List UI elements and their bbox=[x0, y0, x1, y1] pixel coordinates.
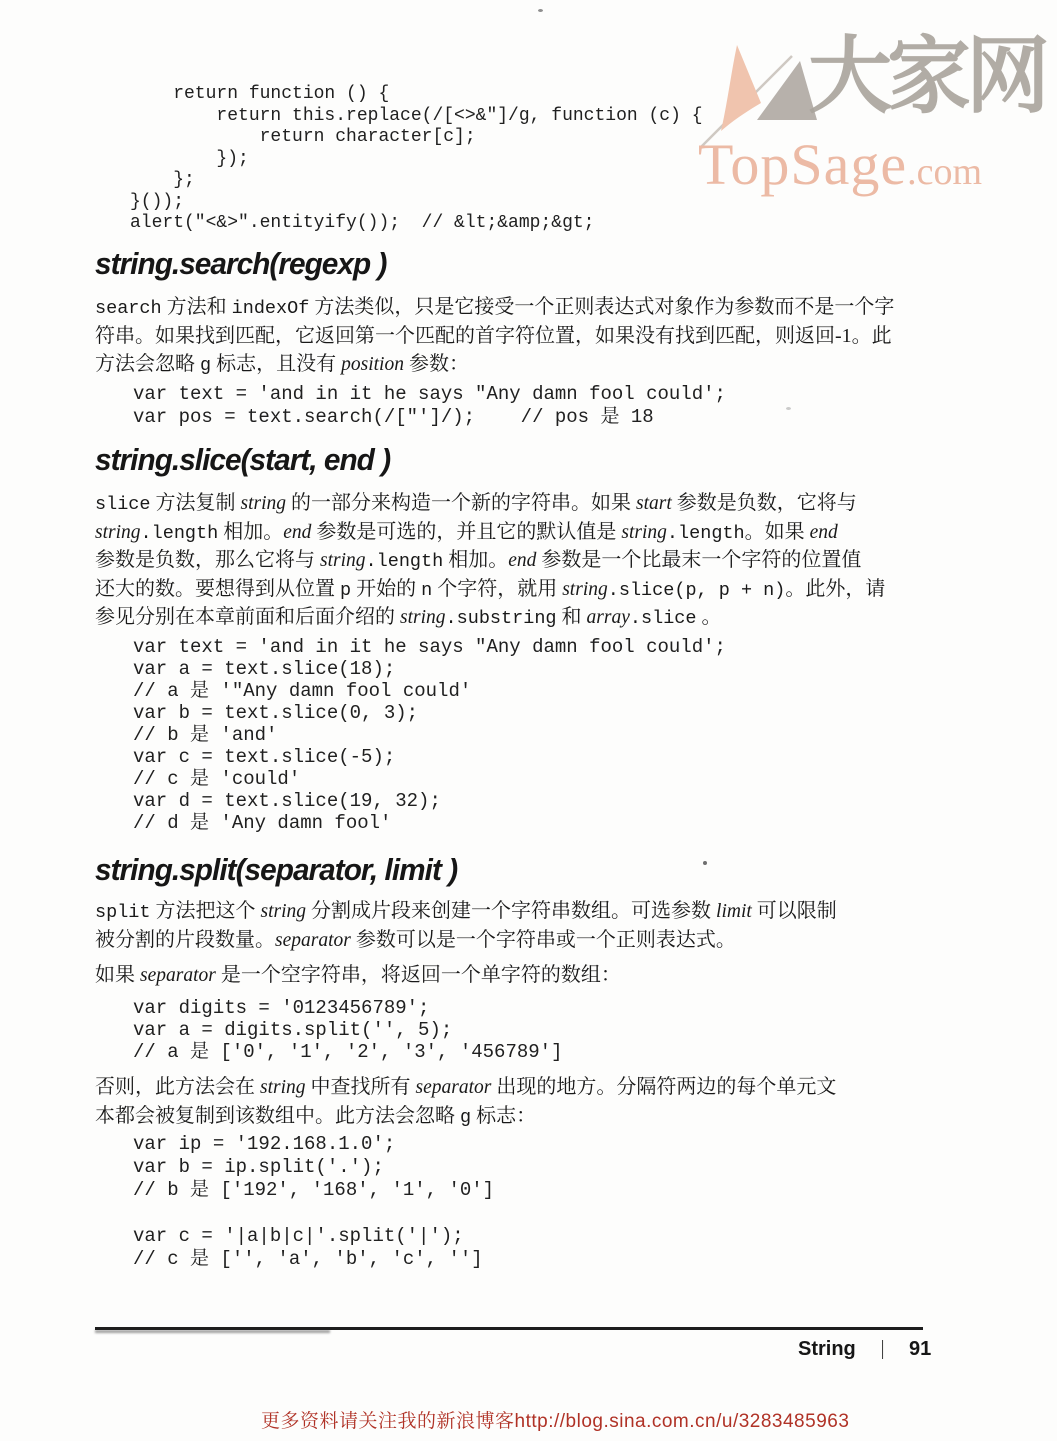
text-segment: separator bbox=[275, 930, 351, 951]
text-segment: end bbox=[810, 522, 838, 543]
text-segment: 。此外，请 bbox=[785, 578, 885, 600]
scan-speck bbox=[786, 407, 791, 410]
text-line: 参见分别在本章前面和后面介绍的 string.substring 和 array… bbox=[95, 603, 965, 632]
code-block-entityify: return function () { return this.replace… bbox=[130, 84, 703, 235]
text-segment: 参数是负数，那么它将与 bbox=[95, 549, 320, 571]
text-segment: 中查找所有 bbox=[306, 1076, 416, 1098]
heading-string-search: string.search(regexp ) bbox=[95, 246, 386, 282]
text-segment: 方法会忽略 bbox=[95, 353, 200, 375]
text-line: 被分割的片段数量。separator 参数可以是一个字符串或一个正则表达式。 bbox=[95, 926, 965, 955]
text-segment: string bbox=[261, 901, 307, 922]
text-segment: p bbox=[340, 580, 351, 601]
watermark-brand-name: TopSage bbox=[698, 132, 907, 197]
text-segment: end bbox=[508, 550, 536, 571]
text-segment: .length bbox=[366, 551, 444, 572]
text-segment: .substring bbox=[446, 608, 557, 629]
text-line: slice 方法复制 string 的一部分来构造一个新的字符串。如果 star… bbox=[95, 489, 965, 518]
text-segment: separator bbox=[416, 1077, 492, 1098]
heading-string-slice: string.slice(start, end ) bbox=[95, 442, 390, 478]
page-footer: String | 91 bbox=[798, 1338, 931, 1361]
text-segment: .length bbox=[141, 523, 219, 544]
text-segment: 分割成片段来创建一个字符串数组。可选参数 bbox=[306, 900, 716, 922]
text-segment: 相加。 bbox=[218, 521, 283, 543]
heading-string-split: string.split(separator, limit ) bbox=[95, 852, 457, 888]
text-line: string.length 相加。end 参数是可选的，并且它的默认值是 str… bbox=[95, 518, 965, 547]
text-line: 方法会忽略 g 标志，且没有 position 参数： bbox=[95, 350, 965, 379]
text-segment: position bbox=[341, 354, 404, 375]
code-block-slice-example: var text = 'and in it he says "Any damn … bbox=[133, 636, 726, 834]
text-segment: end bbox=[283, 522, 311, 543]
text-segment: g bbox=[460, 1107, 471, 1128]
text-segment: 。如果 bbox=[745, 521, 810, 543]
text-line: 本都会被复制到该数组中。此方法会忽略 g 标志： bbox=[95, 1102, 965, 1131]
scanned-book-page: 大家网 TopSage.com return function () { ret… bbox=[0, 0, 1057, 1441]
text-segment: 的一部分来构造一个新的字符串。如果 bbox=[286, 492, 636, 514]
text-line: 否则，此方法会在 string 中查找所有 separator 出现的地方。分隔… bbox=[95, 1073, 965, 1102]
text-segment: string bbox=[400, 607, 446, 628]
text-segment: 方法和 bbox=[162, 296, 232, 318]
scan-speck bbox=[538, 9, 543, 12]
text-segment: string bbox=[320, 550, 366, 571]
text-line: 符串。如果找到匹配，它返回第一个匹配的首字符位置，如果没有找到匹配，则返回-1。… bbox=[95, 322, 965, 351]
code-block-search-example: var text = 'and in it he says "Any damn … bbox=[133, 383, 726, 429]
text-segment: .slice(p, p + n) bbox=[608, 580, 786, 601]
text-segment: 相加。 bbox=[443, 549, 508, 571]
text-segment: n bbox=[421, 580, 432, 601]
text-line: 还大的数。要想得到从位置 p 开始的 n 个字符，就用 string.slice… bbox=[95, 575, 965, 604]
text-segment: indexOf bbox=[232, 298, 310, 319]
text-segment: 出现的地方。分隔符两边的每个单元文 bbox=[491, 1076, 836, 1098]
watermark-brand-english: TopSage.com bbox=[698, 136, 982, 194]
text-line: split 方法把这个 string 分割成片段来创建一个字符串数组。可选参数 … bbox=[95, 897, 965, 926]
text-segment: 方法类似，只是它接受一个正则表达式对象作为参数而不是一个字 bbox=[309, 296, 894, 318]
text-segment: 标志，且没有 bbox=[211, 353, 341, 375]
text-segment: 参数是可选的，并且它的默认值是 bbox=[311, 521, 621, 543]
text-segment: array bbox=[587, 607, 630, 628]
text-segment: string bbox=[562, 579, 608, 600]
text-segment: 否则，此方法会在 bbox=[95, 1076, 260, 1098]
text-segment: .length bbox=[667, 523, 745, 544]
blog-promo-note: 更多资料请关注我的新浪博客http://blog.sina.com.cn/u/3… bbox=[261, 1406, 849, 1433]
text-segment: 标志： bbox=[471, 1105, 536, 1127]
text-segment: 还大的数。要想得到从位置 bbox=[95, 578, 340, 600]
scan-speck bbox=[703, 861, 707, 865]
text-segment: 参数： bbox=[404, 353, 469, 375]
text-segment: 开始的 bbox=[351, 578, 421, 600]
text-segment: string bbox=[621, 522, 667, 543]
text-segment: 参数是负数，它将与 bbox=[672, 492, 857, 514]
text-segment: 参数是一个比最末一个字符的位置值 bbox=[536, 549, 861, 571]
text-segment: 和 bbox=[557, 606, 587, 628]
text-segment: separator bbox=[140, 965, 216, 986]
text-segment: 参数可以是一个字符串或一个正则表达式。 bbox=[351, 929, 736, 951]
running-head-chapter: String bbox=[798, 1338, 856, 1361]
paragraph-split-otherwise: 否则，此方法会在 string 中查找所有 separator 出现的地方。分隔… bbox=[95, 1073, 965, 1130]
text-segment: 。 bbox=[697, 606, 722, 628]
text-segment: 符串。如果找到匹配，它返回第一个匹配的首字符位置，如果没有找到匹配，则返回-1。… bbox=[95, 325, 892, 347]
paragraph-split-empty-separator: 如果 separator 是一个空字符串，将返回一个单字符的数组： bbox=[95, 961, 965, 990]
text-segment: 本都会被复制到该数组中。此方法会忽略 bbox=[95, 1105, 460, 1127]
footer-rule-smudge bbox=[95, 1330, 330, 1333]
watermark-brand-chinese: 大家网 bbox=[808, 30, 1045, 122]
text-segment: 是一个空字符串，将返回一个单字符的数组： bbox=[216, 964, 621, 986]
footer-divider: | bbox=[881, 1338, 884, 1361]
code-block-split-ip-example: var ip = '192.168.1.0'; var b = ip.split… bbox=[133, 1133, 494, 1271]
text-segment: 方法复制 bbox=[151, 492, 241, 514]
page-number: 91 bbox=[909, 1338, 931, 1361]
paragraph-slice-description: slice 方法复制 string 的一部分来构造一个新的字符串。如果 star… bbox=[95, 489, 965, 632]
text-segment: 被分割的片段数量。 bbox=[95, 929, 275, 951]
text-segment: 参见分别在本章前面和后面介绍的 bbox=[95, 606, 400, 628]
text-segment: .slice bbox=[630, 608, 697, 629]
text-segment: limit bbox=[716, 901, 752, 922]
text-segment: slice bbox=[95, 494, 151, 515]
text-segment: start bbox=[636, 493, 672, 514]
text-segment: g bbox=[200, 355, 211, 376]
text-segment: split bbox=[95, 902, 151, 923]
text-line: 如果 separator 是一个空字符串，将返回一个单字符的数组： bbox=[95, 961, 965, 990]
code-block-split-digits-example: var digits = '0123456789'; var a = digit… bbox=[133, 997, 562, 1063]
text-line: 参数是负数，那么它将与 string.length 相加。end 参数是一个比最… bbox=[95, 546, 965, 575]
text-segment: 个字符，就用 bbox=[432, 578, 562, 600]
watermark-brand-tld: .com bbox=[907, 151, 982, 193]
text-segment: 可以限制 bbox=[752, 900, 837, 922]
text-segment: string bbox=[260, 1077, 306, 1098]
text-line: search 方法和 indexOf 方法类似，只是它接受一个正则表达式对象作为… bbox=[95, 293, 965, 322]
text-segment: string bbox=[95, 522, 141, 543]
text-segment: 方法把这个 bbox=[151, 900, 261, 922]
text-segment: search bbox=[95, 298, 162, 319]
text-segment: string bbox=[241, 493, 287, 514]
text-segment: 如果 bbox=[95, 964, 140, 986]
paragraph-split-description: split 方法把这个 string 分割成片段来创建一个字符串数组。可选参数 … bbox=[95, 897, 965, 954]
paragraph-search-description: search 方法和 indexOf 方法类似，只是它接受一个正则表达式对象作为… bbox=[95, 293, 965, 379]
